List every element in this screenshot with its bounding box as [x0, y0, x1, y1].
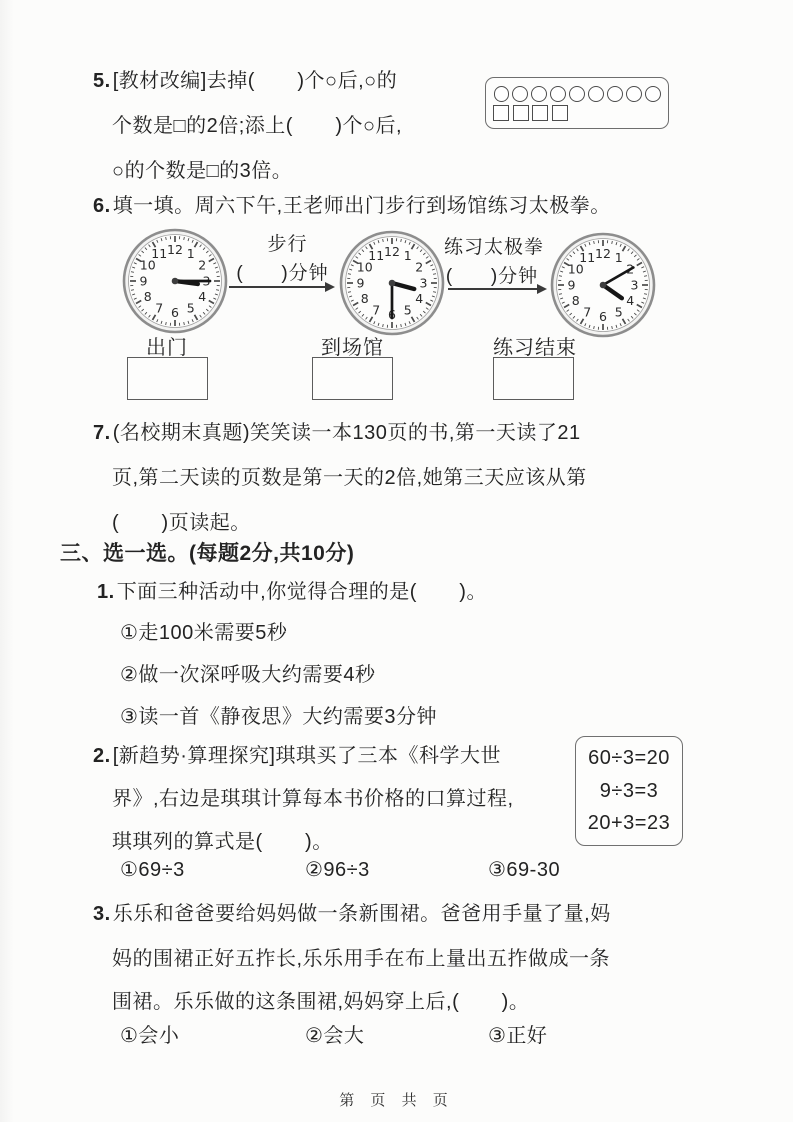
q5-line3: ○的个数是□的3倍。 — [112, 158, 292, 184]
s3q2-line1: 2.[新趋势·算理探究]琪琪买了三本《科学大世 — [93, 743, 501, 769]
svg-text:3: 3 — [631, 277, 639, 292]
svg-text:9: 9 — [140, 273, 148, 288]
svg-text:7: 7 — [372, 303, 380, 318]
svg-text:8: 8 — [361, 291, 369, 306]
s3q2-line3: 琪琪列的算式是( )。 — [112, 829, 333, 855]
circle-shape-icon — [588, 86, 604, 102]
circle-shape-icon — [569, 86, 585, 102]
q5-figure — [485, 77, 669, 129]
clock2-caption: 到场馆 — [312, 331, 393, 360]
q6-text: 6.填一填。周六下午,王老师出门步行到场馆练习太极拳。 — [93, 193, 611, 219]
svg-text:12: 12 — [167, 242, 183, 257]
worksheet-page: 5.[教材改编]去掉( )个○后,○的 个数是□的2倍;添上( )个○后, ○的… — [0, 0, 793, 1122]
svg-text:11: 11 — [368, 248, 384, 263]
calc-line-2: 9÷3=3 — [600, 780, 659, 803]
q7-number: 7. — [93, 422, 113, 444]
svg-text:7: 7 — [155, 301, 163, 316]
q6-answer-box-1 — [127, 357, 208, 400]
circle-shape-icon — [550, 86, 566, 102]
svg-text:12: 12 — [595, 246, 611, 261]
svg-text:11: 11 — [579, 250, 595, 265]
s3q2-option-3: ③69-30 — [488, 857, 560, 883]
clock-face: 123456789101112 — [121, 227, 229, 335]
s3q2-line2: 界》,右边是琪琪计算每本书价格的口算过程, — [112, 786, 514, 812]
circle-shape-icon — [645, 86, 661, 102]
circle-shape-icon — [494, 86, 510, 102]
svg-text:4: 4 — [626, 293, 634, 308]
square-shape-icon — [532, 105, 548, 121]
circle-shape-icon — [626, 86, 642, 102]
arrow1-label-bottom: ( )分钟 — [225, 258, 340, 285]
s3q2-number: 2. — [93, 745, 113, 767]
s3q1-option-3: ③读一首《静夜思》大约需要3分钟 — [120, 704, 437, 730]
q7-line1: 7.(名校期末真题)笑笑读一本130页的书,第一天读了21 — [93, 420, 581, 446]
clock-face: 123456789101112 — [338, 229, 446, 337]
q6-number: 6. — [93, 195, 113, 217]
q5-number: 5. — [93, 70, 113, 92]
svg-text:5: 5 — [615, 305, 623, 320]
clock1-caption: 出门 — [127, 331, 207, 360]
q6-answer-box-3 — [493, 357, 574, 400]
svg-text:7: 7 — [583, 305, 591, 320]
circle-shape-icon — [531, 86, 547, 102]
q7-line2: 页,第二天读的页数是第一天的2倍,她第三天应该从第 — [112, 465, 587, 491]
s3q1-option-2: ②做一次深呼吸大约需要4秒 — [120, 662, 376, 688]
s3q3-line2: 妈的围裙正好五拃长,乐乐用手在布上量出五拃做成一条 — [112, 946, 610, 972]
page-footer: 第 页 共 页 — [0, 1089, 793, 1110]
svg-text:1: 1 — [404, 248, 412, 263]
svg-text:1: 1 — [615, 250, 623, 265]
svg-text:2: 2 — [415, 260, 423, 275]
q5-line2: 个数是□的2倍;添上( )个○后, — [112, 113, 402, 139]
circle-shape-icon — [512, 86, 528, 102]
q7-line3: ( )页读起。 — [112, 510, 251, 536]
svg-text:9: 9 — [357, 275, 365, 290]
s3q3-line3: 围裙。乐乐做的这条围裙,妈妈穿上后,( )。 — [112, 989, 529, 1015]
svg-text:9: 9 — [568, 277, 576, 292]
q5-line1: 5.[教材改编]去掉( )个○后,○的 — [93, 68, 397, 94]
svg-text:11: 11 — [151, 246, 167, 261]
section3-title: 三、选一选。(每题2分,共10分) — [60, 537, 354, 567]
s3q2-option-1: ①69÷3 — [120, 857, 185, 883]
clock-face: 123456789101112 — [549, 231, 657, 339]
svg-text:6: 6 — [599, 309, 607, 324]
s3q1-number: 1. — [97, 581, 117, 603]
square-shape-icon — [552, 105, 568, 121]
s3q2-calc-box: 60÷3=20 9÷3=3 20+3=23 — [575, 736, 683, 846]
svg-text:2: 2 — [198, 258, 206, 273]
svg-text:1: 1 — [187, 246, 195, 261]
svg-text:5: 5 — [187, 301, 195, 316]
svg-text:5: 5 — [404, 303, 412, 318]
arrow2-icon — [448, 284, 547, 294]
arrow-line — [229, 286, 329, 288]
s3q3-option-3: ③正好 — [488, 1023, 547, 1049]
svg-text:6: 6 — [171, 305, 179, 320]
arrow-line — [448, 288, 541, 290]
square-shape-icon — [493, 105, 509, 121]
svg-text:3: 3 — [420, 275, 428, 290]
s3q1-text: 1.下面三种活动中,你觉得合理的是( )。 — [97, 579, 487, 605]
q5-figure-squares — [492, 105, 662, 121]
arrow-head-icon — [537, 284, 547, 294]
q5-figure-circles — [492, 86, 662, 102]
s3q3-line1: 3.乐乐和爸爸要给妈妈做一条新围裙。爸爸用手量了量,妈 — [93, 901, 611, 927]
s3q3-option-2: ②会大 — [305, 1023, 364, 1049]
arrow-head-icon — [325, 282, 335, 292]
square-shape-icon — [513, 105, 529, 121]
s3q1-option-1: ①走100米需要5秒 — [120, 620, 287, 646]
svg-text:4: 4 — [198, 289, 206, 304]
clock3-caption: 练习结束 — [493, 331, 574, 360]
svg-text:12: 12 — [384, 244, 400, 259]
s3q2-option-2: ②96÷3 — [305, 857, 370, 883]
arrow1-icon — [229, 282, 335, 292]
arrow1-label-top: 步行 — [240, 229, 335, 256]
svg-text:8: 8 — [144, 289, 152, 304]
calc-line-3: 20+3=23 — [588, 812, 670, 835]
circle-shape-icon — [607, 86, 623, 102]
svg-text:4: 4 — [415, 291, 423, 306]
calc-line-1: 60÷3=20 — [588, 747, 670, 770]
q6-answer-box-2 — [312, 357, 393, 400]
s3q3-number: 3. — [93, 903, 113, 925]
svg-text:8: 8 — [572, 293, 580, 308]
arrow2-label-top: 练习太极拳 — [438, 232, 550, 259]
s3q3-option-1: ①会小 — [120, 1023, 179, 1049]
